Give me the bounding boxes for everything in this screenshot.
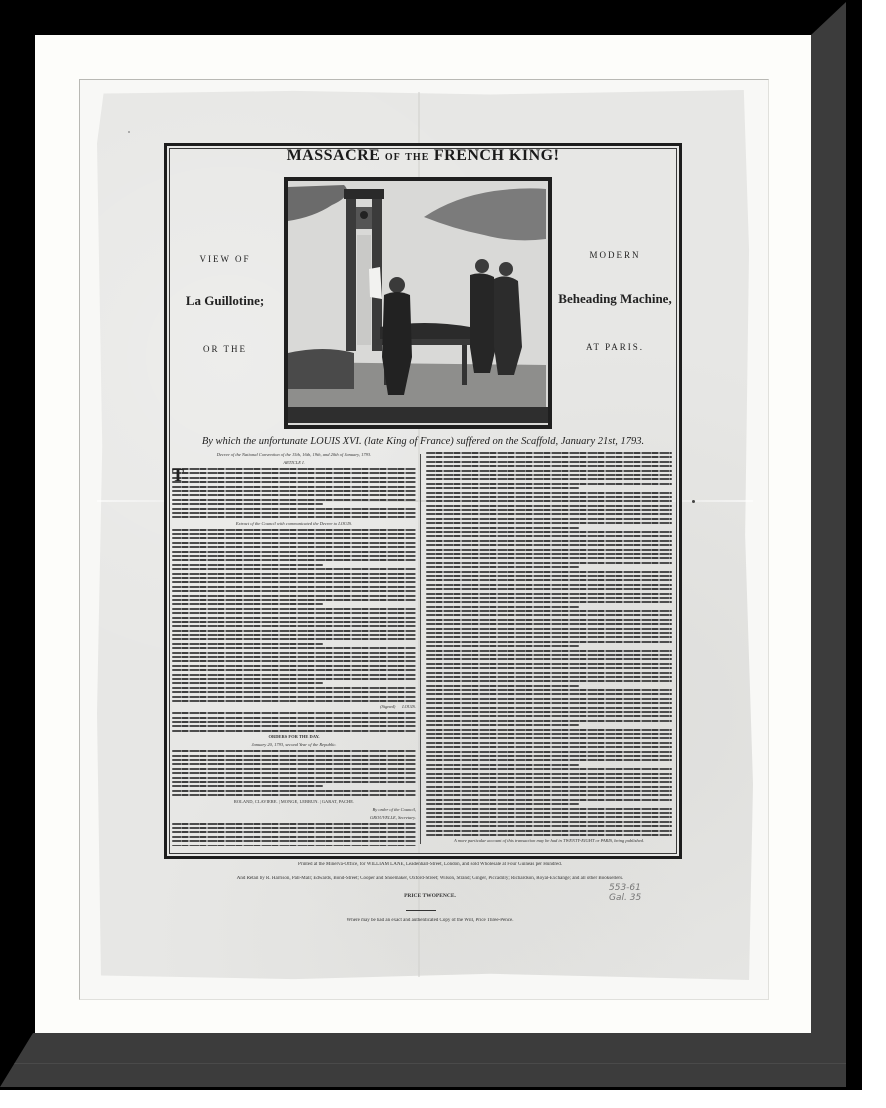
guillotine-engraving: [284, 177, 552, 429]
text-line: [172, 700, 416, 702]
text-line: [426, 513, 672, 515]
decree-body: T: [172, 468, 416, 518]
engraving-caption: By which the unfortunate LOUIS XVI. (lat…: [170, 436, 676, 447]
text-line: [172, 696, 416, 698]
text-line: [426, 619, 672, 621]
text-line: [172, 638, 416, 640]
text-line: [426, 645, 579, 647]
text-line: [426, 834, 672, 836]
text-line: [172, 512, 416, 514]
text-line: [426, 825, 672, 827]
text-line: [172, 785, 323, 787]
text-line: [426, 588, 672, 590]
text-line: [426, 518, 672, 520]
text-line: [172, 486, 416, 488]
text-line: [172, 669, 416, 671]
text-line: [426, 790, 672, 792]
text-line: [172, 490, 416, 492]
text-line: [426, 799, 672, 801]
text-line: [172, 831, 416, 833]
text-line: [426, 610, 672, 612]
text-line: [172, 494, 416, 496]
text-line: [172, 836, 416, 838]
title-word: MASSACRE: [287, 147, 381, 164]
text-line: [172, 794, 416, 796]
text-line: [426, 452, 672, 454]
title-word: OF: [385, 152, 401, 163]
text-line: [426, 632, 672, 634]
imprint-rule: [406, 910, 436, 911]
text-line: [426, 707, 672, 709]
left-label-middle: La Guillotine;: [170, 293, 280, 309]
text-line: [426, 474, 672, 476]
text-line: [426, 711, 672, 713]
text-line: [172, 621, 416, 623]
text-line: [426, 693, 672, 695]
text-line: [426, 812, 672, 814]
text-line: [172, 586, 416, 588]
text-line: [426, 816, 672, 818]
text-line: [172, 730, 416, 732]
imprint-line-2: And Retail by R. Harrison, Pall-Mall; Ed…: [160, 876, 700, 881]
text-line: [426, 522, 672, 524]
signatory: GARAT, PACHE.: [322, 799, 354, 804]
text-line: [172, 777, 416, 779]
text-line: [172, 840, 416, 842]
column-divider: [420, 454, 421, 844]
text-line: [172, 691, 416, 693]
text-line: [172, 750, 416, 752]
text-line: [172, 533, 416, 535]
text-line: [172, 546, 416, 548]
text-line: [426, 487, 579, 489]
text-line: [426, 571, 672, 573]
countersign: By order of the Council,: [172, 807, 416, 813]
text-line: [172, 612, 416, 614]
text-line: [426, 777, 672, 779]
text-line: [426, 628, 672, 630]
text-line: [426, 803, 579, 805]
text-line: [426, 456, 672, 458]
text-line: [426, 742, 672, 744]
text-line: [426, 746, 672, 748]
text-line: [426, 729, 672, 731]
signed-label: (Signed): [380, 704, 395, 709]
text-line: [172, 542, 416, 544]
text-line: [426, 724, 579, 726]
right-label-bottom: AT PARIS.: [555, 342, 675, 352]
text-line: [426, 465, 672, 467]
text-line: [172, 647, 416, 649]
text-line: [426, 509, 672, 511]
text-line: [426, 672, 672, 674]
text-line: [172, 772, 416, 774]
drop-cap: T: [172, 468, 182, 482]
text-line: [426, 584, 672, 586]
text-line: [426, 557, 672, 559]
frame-bevel-bottom: [0, 1033, 846, 1087]
text-line: [172, 551, 416, 553]
text-line: [426, 737, 672, 739]
text-line: [172, 516, 416, 518]
paper-blemish: [692, 500, 695, 503]
text-line: [426, 654, 672, 656]
text-line: [426, 786, 672, 788]
text-line: [172, 674, 416, 676]
text-line: [172, 781, 416, 783]
text-line: [426, 553, 672, 555]
signature-line: (Signed) LOUIS.: [172, 704, 416, 710]
text-line: [172, 608, 416, 610]
text-line: [426, 733, 672, 735]
text-line: [426, 636, 672, 638]
text-line: [426, 614, 672, 616]
text-line: [172, 768, 416, 770]
text-line: [426, 566, 579, 568]
text-line: [172, 823, 416, 825]
text-line: [426, 830, 672, 832]
text-line: [172, 682, 323, 684]
text-line: [172, 687, 416, 689]
signatories: ROLAND, CLAVIERE. | MONGE, LEBRUN. | GAR…: [172, 799, 416, 805]
text-line: [172, 656, 416, 658]
engraving-illustration: [284, 177, 552, 429]
text-line: [426, 544, 672, 546]
text-line: [172, 590, 416, 592]
text-line: [172, 660, 416, 662]
decree-heading: Decree of the National Convention of the…: [172, 452, 416, 458]
text-line: [426, 680, 672, 682]
frame-bevel-right: [811, 2, 846, 1087]
right-label-top: MODERN: [555, 250, 675, 260]
library-call-number: 553-61 Gal. 35: [609, 883, 641, 903]
text-line: [172, 721, 416, 723]
text-line: [172, 603, 323, 605]
text-line: [172, 712, 416, 714]
right-label-middle: Beheading Machine,: [555, 291, 675, 307]
text-line: [426, 575, 672, 577]
text-line: [426, 496, 672, 498]
text-line: [426, 702, 672, 704]
text-line: [426, 676, 672, 678]
text-line: [172, 568, 416, 570]
text-line: [426, 764, 579, 766]
secretary: GROUVELLE, Secretary.: [172, 815, 416, 821]
text-line: [426, 794, 672, 796]
right-text-column: A more particular account of this transa…: [426, 452, 672, 846]
text-line: [172, 599, 416, 601]
imprint-line-4: Where may be had an exact and authentica…: [160, 918, 700, 923]
text-line: [172, 665, 416, 667]
text-line: [172, 759, 416, 761]
text-line: [426, 641, 672, 643]
text-line: [426, 593, 672, 595]
signatory: MONGE, LEBRUN.: [281, 799, 319, 804]
call-number-line: Gal. 35: [609, 893, 641, 903]
text-line: [426, 720, 672, 722]
orders-heading: ORDERS FOR THE DAY.: [172, 734, 416, 740]
paper-blemish: [128, 131, 130, 133]
text-line: [172, 827, 416, 829]
left-label-bottom: OR THE: [170, 344, 280, 354]
text-line: [426, 540, 672, 542]
orders-date: January 20, 1793, second Year of the Rep…: [172, 742, 416, 748]
text-line: [426, 505, 672, 507]
text-line: [172, 499, 416, 501]
text-line: [426, 751, 672, 753]
text-line: [172, 537, 416, 539]
text-line: [172, 625, 416, 627]
text-line: [172, 717, 416, 719]
text-line: [172, 481, 416, 483]
text-line: [172, 577, 416, 579]
text-line: [172, 508, 416, 510]
text-line: [426, 773, 672, 775]
text-line: [172, 503, 323, 505]
text-line: [426, 715, 672, 717]
text-line: [426, 623, 672, 625]
text-line: [426, 698, 672, 700]
text-line: [426, 478, 672, 480]
text-line: [172, 595, 416, 597]
text-line: [426, 685, 579, 687]
text-line: [426, 768, 672, 770]
text-line: [172, 477, 416, 479]
text-line: [172, 763, 416, 765]
text-line: [426, 562, 672, 564]
text-line: [426, 492, 672, 494]
text-line: [426, 531, 672, 533]
text-line: [172, 845, 416, 846]
text-line: [426, 663, 672, 665]
text-line: [426, 606, 579, 608]
text-line: [426, 755, 672, 757]
article-heading: ARTICLE I.: [172, 460, 416, 466]
text-line: [426, 579, 672, 581]
call-number-line: 553-61: [609, 883, 641, 893]
left-text-column: Decree of the National Convention of the…: [172, 452, 416, 846]
text-line: [426, 500, 672, 502]
text-line: [172, 652, 416, 654]
text-line: [426, 461, 672, 463]
text-line: [172, 790, 416, 792]
text-line: [426, 667, 672, 669]
text-line: [172, 630, 416, 632]
text-line: [172, 617, 416, 619]
broadside-title: MASSACRE OF THE FRENCH KING!: [164, 147, 682, 165]
text-line: [172, 634, 416, 636]
right-footnote: A more particular account of this transa…: [426, 838, 672, 844]
signatory: ROLAND, CLAVIERE.: [234, 799, 278, 804]
text-line: [172, 725, 416, 727]
text-line: [172, 564, 323, 566]
text-line: [426, 781, 672, 783]
text-line: [426, 549, 672, 551]
left-label-top: VIEW OF: [170, 254, 280, 264]
imprint-line-1: Printed at the Minerva-Office, for WILLI…: [160, 862, 700, 867]
text-line: [172, 468, 416, 470]
text-line: [172, 581, 416, 583]
text-line: [426, 759, 672, 761]
text-line: [172, 472, 416, 474]
signed-name: LOUIS.: [402, 704, 416, 709]
text-line: [426, 650, 672, 652]
text-line: [426, 470, 672, 472]
text-line: [172, 559, 416, 561]
subheading: Extract of the Council with communicated…: [172, 521, 416, 527]
text-line: [172, 555, 416, 557]
text-line: [172, 643, 323, 645]
text-line: [426, 535, 672, 537]
text-line: [426, 527, 579, 529]
text-line: [172, 755, 416, 757]
text-line: [426, 689, 672, 691]
text-line: [426, 658, 672, 660]
text-line: [426, 483, 672, 485]
text-line: [426, 808, 672, 810]
text-line: [426, 821, 672, 823]
title-word: THE: [405, 152, 429, 163]
text-line: [172, 573, 416, 575]
text-line: [426, 597, 672, 599]
text-line: [426, 601, 672, 603]
text-line: [172, 529, 416, 531]
text-line: [172, 678, 416, 680]
title-word: FRENCH KING!: [434, 147, 560, 164]
